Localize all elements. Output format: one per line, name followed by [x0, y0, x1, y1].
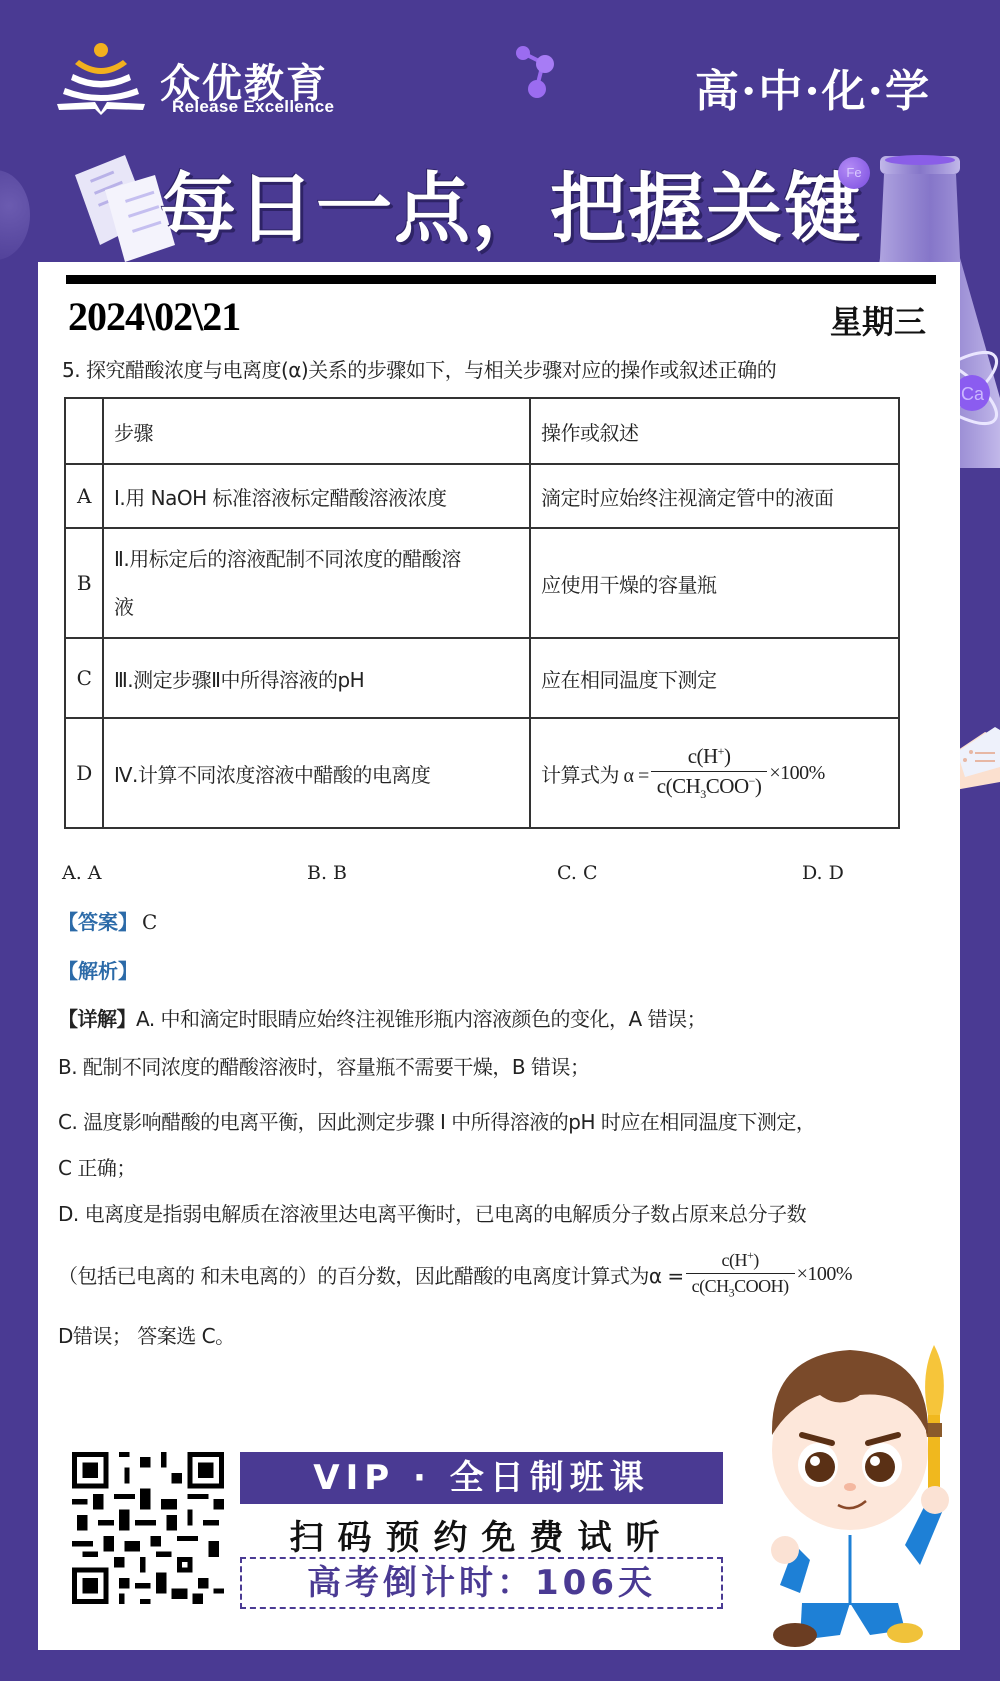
- detail-line: B. 配制不同浓度的醋酸溶液时，容量瓶不需要干燥，B 错误；: [58, 1051, 590, 1080]
- note-cell: 应使用干燥的容量瓶: [530, 528, 899, 638]
- detail-label: 【详解】: [58, 1007, 136, 1031]
- option-a: A. A: [62, 862, 102, 884]
- answer-label: 【答案】: [58, 910, 138, 934]
- numerator: c(H+): [716, 1248, 765, 1273]
- detail-line: C 正确；: [58, 1152, 136, 1181]
- detail-line: 【详解】A. 中和滴定时眼睛应始终注视锥形瓶内溶液颜色的变化，A 错误；: [58, 1003, 706, 1032]
- numerator: c(H+): [682, 744, 737, 771]
- denominator: c(CH3COOH): [686, 1273, 795, 1301]
- fraction: c(H+) c(CH3COO−): [651, 744, 768, 802]
- question-text: 5. 探究醋酸浓度与电离度(α)关系的步骤如下，与相关步骤对应的操作或叙述正确的: [62, 354, 776, 383]
- step-cell: Ⅰ.用 NaOH 标准溶液标定醋酸溶液浓度: [103, 464, 530, 528]
- exam-countdown: 高考倒计时：106天: [240, 1557, 723, 1609]
- mascot-character: [740, 1335, 970, 1655]
- table-row: D Ⅳ.计算不同浓度溶液中醋酸的电离度 计算式为 α = c(H+) c(CH3…: [65, 718, 899, 828]
- divider-bar: [66, 275, 936, 284]
- row-label: B: [65, 528, 103, 638]
- step-cell: Ⅲ.测定步骤Ⅱ中所得溶液的pH: [103, 638, 530, 718]
- subject-title: 高·中·化·学: [695, 55, 931, 119]
- table-header-cell: 步骤: [103, 398, 530, 464]
- note-cell: 计算式为 α = c(H+) c(CH3COO−) ×100%: [530, 718, 899, 828]
- brand-logo-icon: [55, 40, 147, 115]
- vip-class-banner[interactable]: VIP · 全日制班课: [240, 1452, 723, 1504]
- detail-line: D错误； 答案选 C。: [58, 1320, 235, 1349]
- decorative-circle: [0, 170, 30, 260]
- option-c: C. C: [557, 862, 597, 884]
- table-header-row: 步骤 操作或叙述: [65, 398, 899, 464]
- formula-prefix: 计算式为 α =: [541, 759, 649, 788]
- answer: 【答案】C: [58, 906, 157, 935]
- steps-table: 步骤 操作或叙述 A Ⅰ.用 NaOH 标准溶液标定醋酸溶液浓度 滴定时应始终注…: [64, 397, 900, 829]
- table-header-cell: 操作或叙述: [530, 398, 899, 464]
- row-label: C: [65, 638, 103, 718]
- weekday: 星期三: [830, 297, 926, 343]
- step-line: Ⅱ.用标定后的溶液配制不同浓度的醋酸溶: [114, 535, 519, 583]
- note-cell: 应在相同温度下测定: [530, 638, 899, 718]
- table-row: A Ⅰ.用 NaOH 标准溶液标定醋酸溶液浓度 滴定时应始终注视滴定管中的液面: [65, 464, 899, 528]
- row-label: A: [65, 464, 103, 528]
- option-b: B. B: [307, 862, 347, 884]
- date: 2024\02\21: [68, 293, 240, 340]
- scan-to-book-text: 扫码预约免费试听: [240, 1510, 723, 1559]
- step-cell: Ⅱ.用标定后的溶液配制不同浓度的醋酸溶 液: [103, 528, 530, 638]
- brand-name-en: Release Excellence: [172, 97, 334, 117]
- row-label: D: [65, 718, 103, 828]
- answer-value: C: [142, 910, 157, 934]
- molecule-icon: [515, 45, 560, 100]
- formula-suffix: ×100%: [769, 762, 824, 785]
- analysis-label: 【解析】: [58, 955, 138, 984]
- detail-line: （包括已电离的 和未电离的）的百分数，因此醋酸的电离度计算式为α = c(H+)…: [58, 1248, 852, 1301]
- table-header-cell: [65, 398, 103, 464]
- detail-line: C. 温度影响醋酸的电离平衡，因此测定步骤 I 中所得溶液的pH 时应在相同温度…: [58, 1106, 815, 1135]
- step-line: 液: [114, 583, 519, 631]
- note-cell: 滴定时应始终注视滴定管中的液面: [530, 464, 899, 528]
- table-row: B Ⅱ.用标定后的溶液配制不同浓度的醋酸溶 液 应使用干燥的容量瓶: [65, 528, 899, 638]
- step-cell: Ⅳ.计算不同浓度溶液中醋酸的电离度: [103, 718, 530, 828]
- detail-line: D. 电离度是指弱电解质在溶液里达电离平衡时，已电离的电解质分子数占原来总分子数: [58, 1198, 806, 1227]
- countdown-label: 高考倒计时：: [307, 1563, 535, 1603]
- table-row: C Ⅲ.测定步骤Ⅱ中所得溶液的pH 应在相同温度下测定: [65, 638, 899, 718]
- headline: 每日一点，把握关键: [160, 148, 862, 257]
- countdown-value: 106天: [535, 1563, 656, 1603]
- calcium-element-badge: Ca: [961, 384, 985, 404]
- ionization-formula: 计算式为 α = c(H+) c(CH3COO−) ×100%: [541, 744, 825, 802]
- fraction: c(H+) c(CH3COOH): [686, 1248, 795, 1301]
- option-d: D. D: [802, 862, 844, 884]
- qr-code[interactable]: [72, 1452, 224, 1604]
- denominator: c(CH3COO−): [651, 771, 768, 802]
